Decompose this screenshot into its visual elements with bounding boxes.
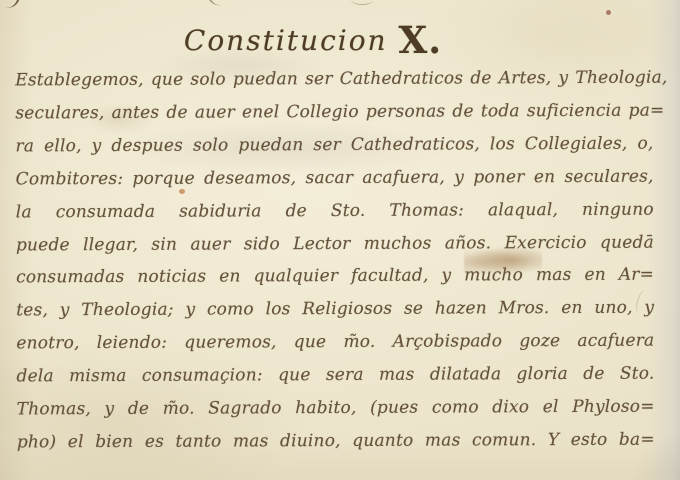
title-numeral: X.: [399, 18, 443, 62]
manuscript-line-1: Establegemos, que solo puedan ser Cathed…: [15, 62, 653, 98]
manuscript-line-8: tes, y Theologia; y como los Religiosos …: [16, 292, 654, 328]
manuscript-line-12: pho) el bien es tanto mas diuino, quanto…: [17, 424, 655, 460]
page-title: Constitucion X.: [0, 18, 626, 62]
cutoff-stroke-fragment: [351, 0, 373, 5]
rust-spot: [606, 10, 611, 15]
title-word: Constitucion: [184, 24, 388, 57]
cutoff-stroke-fragment: [207, 0, 228, 8]
manuscript-line-10: dela misma consumaçion: que sera mas dil…: [16, 358, 654, 394]
manuscript-line-11: Thomas, y de m̃o. Sagrado habito, (pues …: [17, 391, 655, 427]
manuscript-line-7: consumadas noticias en qualquier faculta…: [16, 259, 654, 295]
cutoff-stroke-fragment: [3, 0, 21, 10]
manuscript-page: Constitucion X. Establegemos, que solo p…: [0, 0, 680, 480]
manuscript-line-5: la consumada sabiduria de Sto. Thomas: a…: [16, 193, 654, 229]
manuscript-line-4: Combitores: porque deseamos, sacar acafu…: [16, 160, 654, 196]
manuscript-line-9: enotro, leiendo: queremos, que m̃o. Arço…: [16, 325, 654, 361]
manuscript-body: Establegemos, que solo puedan ser Cathed…: [15, 62, 655, 460]
manuscript-line-2: seculares, antes de auer enel Collegio p…: [15, 95, 653, 131]
manuscript-line-6: puede llegar, sin auer sido Lector mucho…: [16, 226, 654, 262]
manuscript-line-3: ra ello, y despues solo puedan ser Cathe…: [15, 127, 653, 163]
